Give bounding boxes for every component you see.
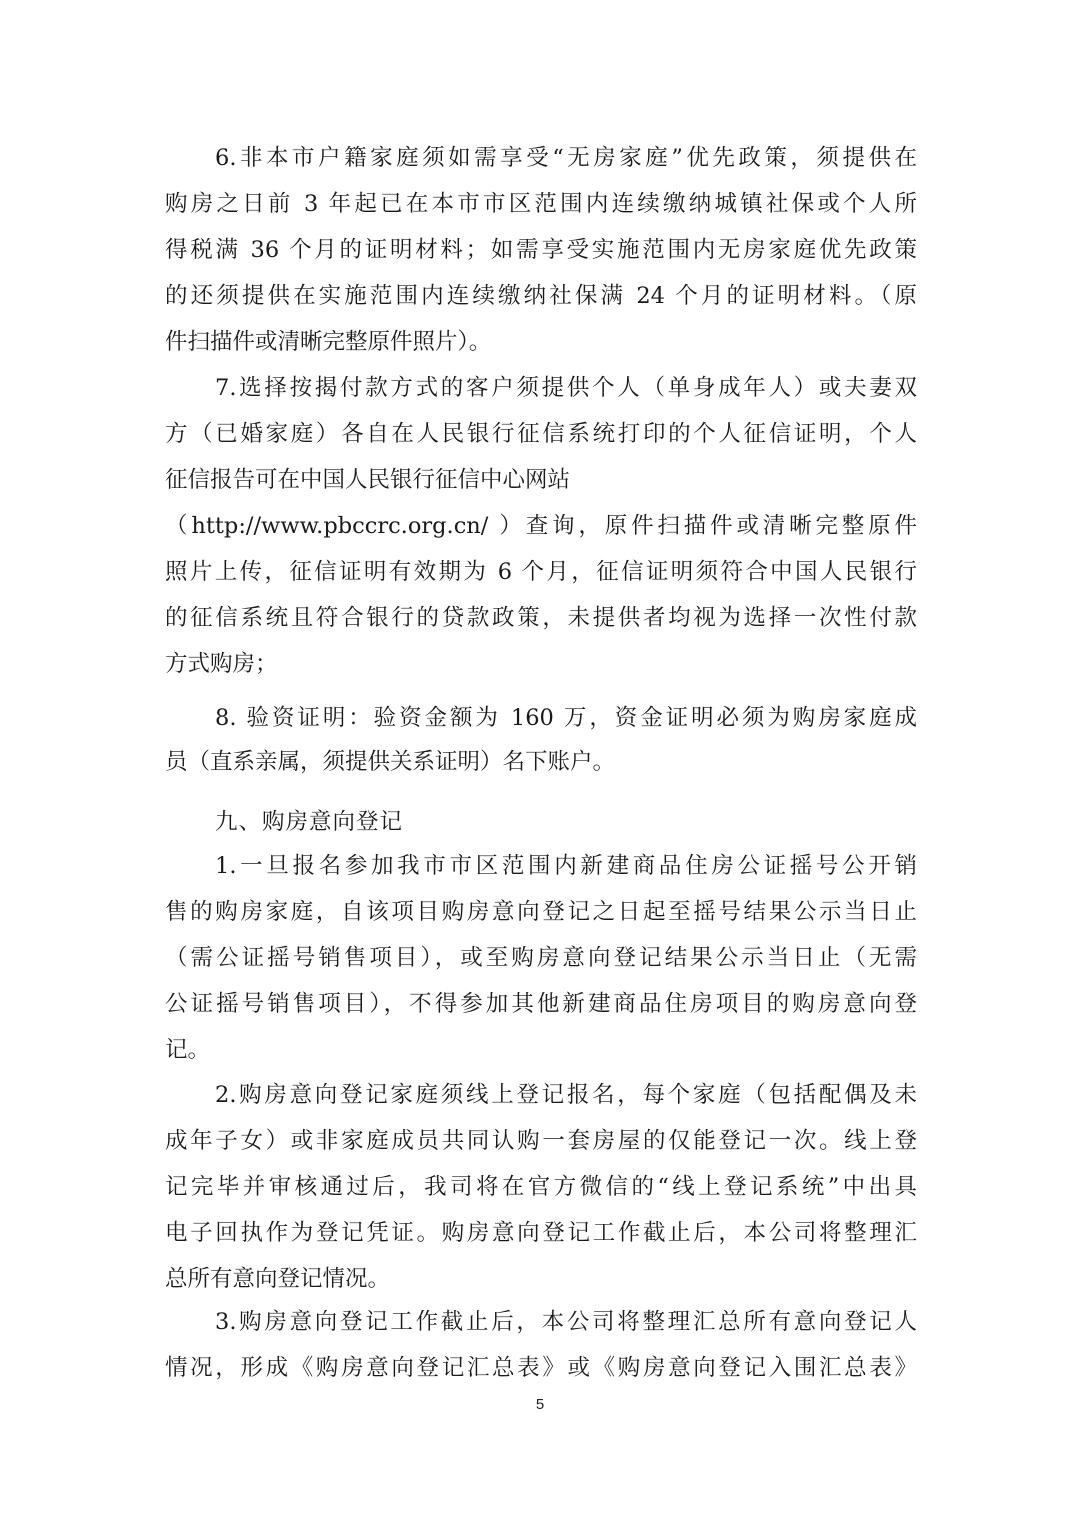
text-line: （需公证摇号销售项目），或至购房意向登记结果公示当日止（无需 bbox=[165, 941, 917, 975]
text-line: 电子回执作为登记凭证。购房意向登记工作截止后，本公司将整理汇 bbox=[165, 1216, 917, 1250]
text-line: 征信报告可在中国人民银行征信中心网站 bbox=[165, 463, 917, 497]
text-line: 件扫描件或清晰完整原件照片）。 bbox=[165, 325, 917, 359]
text-line: 成年子女）或非家庭成员共同认购一套房屋的仅能登记一次。线上登 bbox=[165, 1124, 917, 1158]
text-line: 方式购房； bbox=[165, 647, 917, 681]
text-line: 总所有意向登记情况。 bbox=[165, 1262, 917, 1296]
text-line: 方（已婚家庭）各自在人民银行征信系统打印的个人征信证明，个人 bbox=[165, 417, 917, 451]
text-line: 的还须提供在实施范围内连续缴纳社保满 24 个月的证明材料。（原 bbox=[165, 279, 917, 313]
text-line: 照片上传，征信证明有效期为 6 个月，征信证明须符合中国人民银行 bbox=[165, 555, 917, 589]
text-line: 记完毕并审核通过后，我司将在官方微信的“线上登记系统”中出具 bbox=[165, 1170, 917, 1204]
text-line: 情况，形成《购房意向登记汇总表》或《购房意向登记入围汇总表》 bbox=[165, 1351, 917, 1385]
text-line: 3.购房意向登记工作截止后，本公司将整理汇总所有意向登记人 bbox=[215, 1305, 917, 1339]
text-line: 1.一旦报名参加我市市区范围内新建商品住房公证摇号公开销 bbox=[215, 849, 917, 883]
text-line: 8. 验资证明：验资金额为 160 万，资金证明必须为购房家庭成 bbox=[215, 701, 917, 735]
text-line: 购房之日前 3 年起已在本市市区范围内连续缴纳城镇社保或个人所 bbox=[165, 187, 917, 221]
section-heading: 九、购房意向登记 bbox=[215, 805, 403, 839]
page-number: 5 bbox=[530, 1396, 550, 1413]
document-page: 6.非本市户籍家庭须如需享受“无房家庭”优先政策，须提供在 购房之日前 3 年起… bbox=[0, 0, 1080, 1528]
text-line: 公证摇号销售项目），不得参加其他新建商品住房项目的购房意向登 bbox=[165, 987, 917, 1021]
text-line: 的征信系统且符合银行的贷款政策，未提供者均视为选择一次性付款 bbox=[165, 601, 917, 635]
text-line: 售的购房家庭，自该项目购房意向登记之日起至摇号结果公示当日止 bbox=[165, 895, 917, 929]
text-line: 记。 bbox=[165, 1033, 917, 1067]
text-line: 6.非本市户籍家庭须如需享受“无房家庭”优先政策，须提供在 bbox=[215, 141, 917, 175]
text-line: 员（直系亲属，须提供关系证明）名下账户。 bbox=[165, 745, 917, 779]
text-line: 2.购房意向登记家庭须线上登记报名，每个家庭（包括配偶及未 bbox=[215, 1078, 917, 1112]
text-line-with-url: （http://www.pbccrc.org.cn/ ）查询，原件扫描件或清晰完… bbox=[165, 509, 917, 543]
text-line: 得税满 36 个月的证明材料；如需享受实施范围内无房家庭优先政策 bbox=[165, 233, 917, 267]
text-line: 7.选择按揭付款方式的客户须提供个人（单身成年人）或夫妻双 bbox=[215, 371, 917, 405]
